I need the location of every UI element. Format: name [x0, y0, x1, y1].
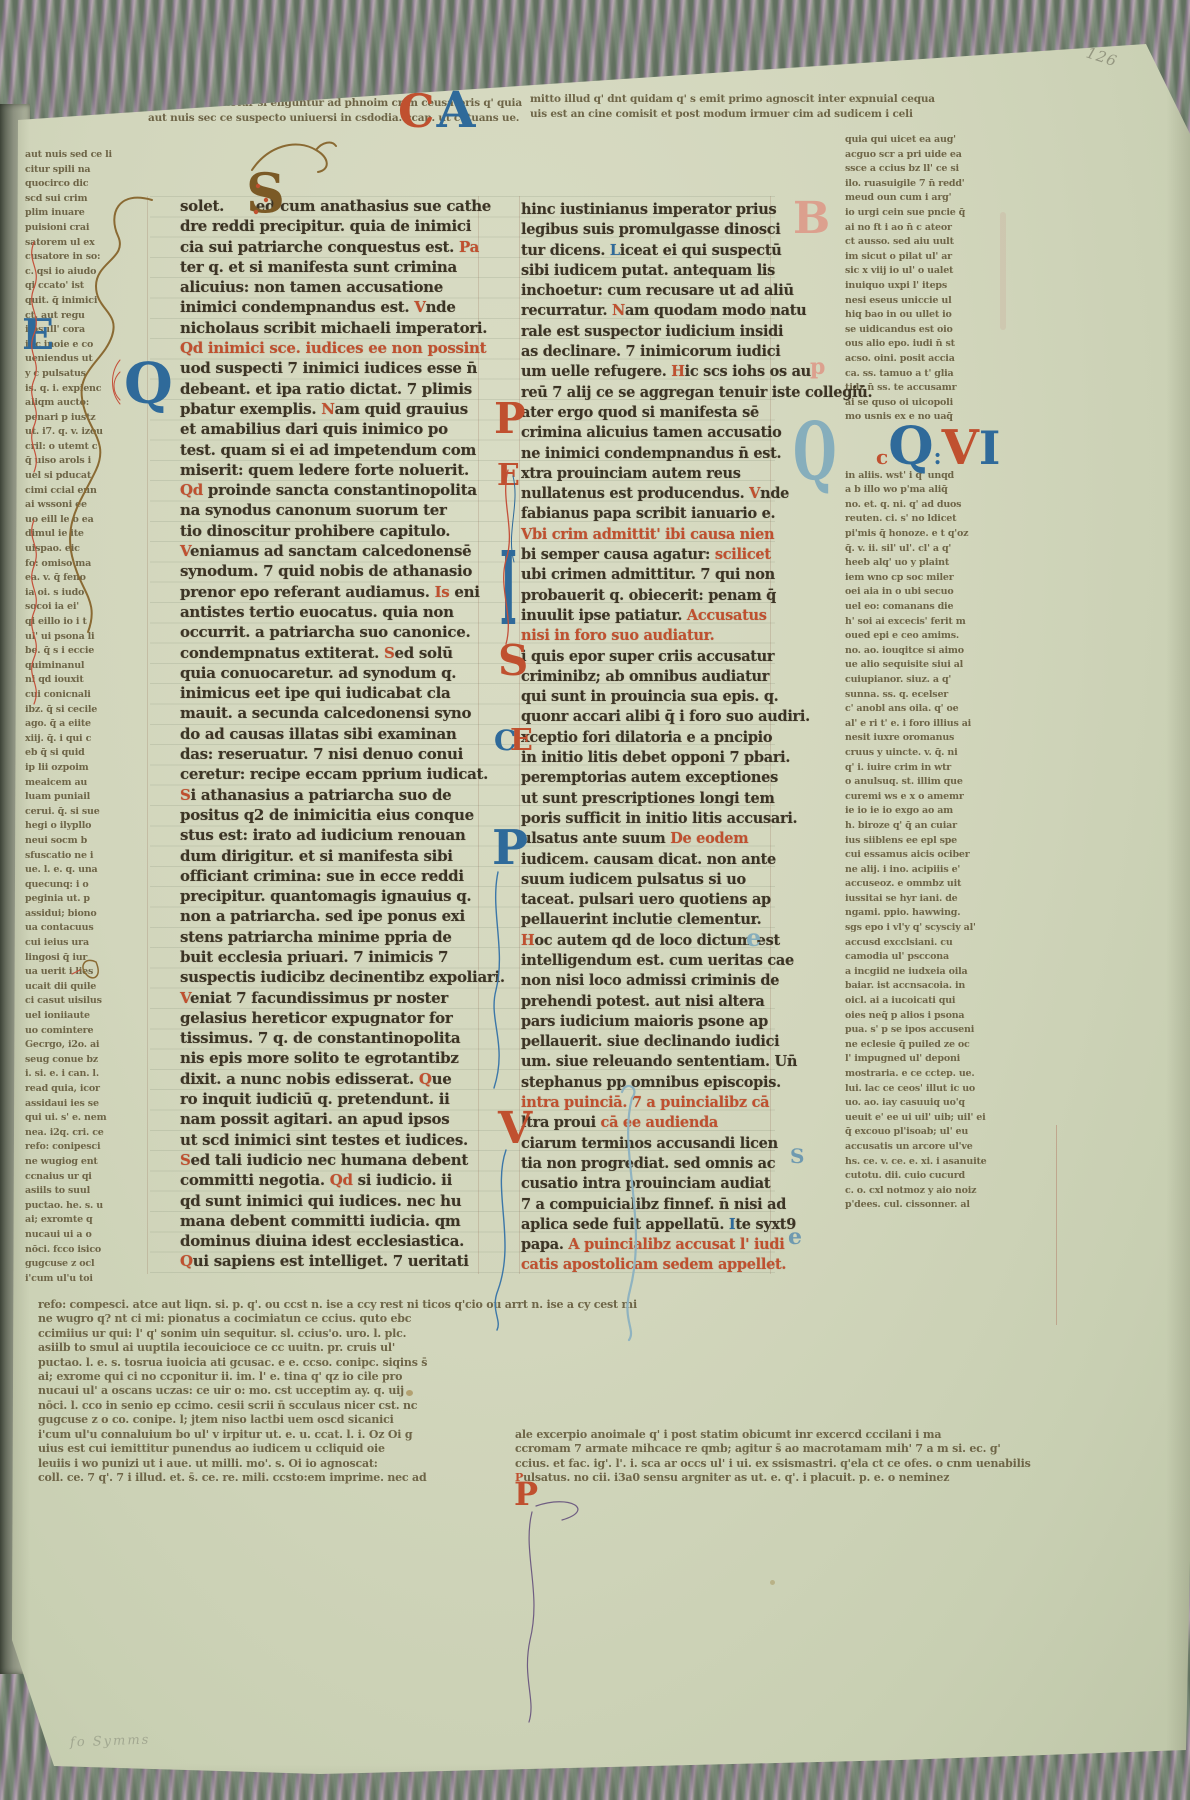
top-marginalia-center: mitto illud q' dnt quidam q' s emit prim…	[530, 92, 1040, 122]
text-line: cruus y uincte. v. q̄. ni	[845, 746, 1055, 761]
text-line: do ad causas illatas sibi examinan	[180, 724, 480, 744]
text-line: ltra proui cā ee audienda	[521, 1113, 771, 1133]
text-line: cui essamus aicis ociber	[845, 848, 1055, 863]
manuscript-photograph: { "folio_number_pencil": "126", "pencil_…	[0, 0, 1190, 1800]
text-line: sunna. ss. q. ecelser	[845, 688, 1055, 703]
text-line: nullatenus est producendus. Vnde	[521, 484, 771, 504]
text-line: uis est an cine comisit et post modum ir…	[530, 107, 1040, 122]
text-line: buit ecclesia priuari. 7 inimicis 7	[180, 947, 480, 967]
main-text-column-left: solet. ed cum anathasius sue cathedre re…	[180, 196, 480, 1272]
text-line: ip lii ozpoim	[25, 761, 135, 776]
text-line: qd sunt inimici qui iudices. nec hu	[180, 1191, 480, 1211]
text-line: cui conicnali	[25, 688, 135, 703]
text-line: taceat. pulsari uero quotiens ap	[521, 890, 771, 910]
text-line: q̄. v. ii. sil' ul'. cl' a q'	[845, 542, 1055, 557]
text-line: inimici condempnandus est. Vnde	[180, 297, 480, 317]
text-line: be. q̄ s i eccie	[25, 644, 135, 659]
text-line: uel eo: comanans die	[845, 600, 1055, 615]
text-line: cia sui patriarche conquestus est. Pa	[180, 237, 480, 257]
text-line: non a patriarcha. sed ipe ponus exi	[180, 906, 480, 926]
text-line: positus q2 de inimicitia eius conque	[180, 805, 480, 825]
text-line: ne wugro q? nt ci mi: pionatus a cocimia…	[38, 1312, 948, 1326]
text-line: pi'mis q̄ honoze. e t q'oz	[845, 527, 1055, 542]
text-line: alicuius: non tamen accusatione	[180, 277, 480, 297]
text-line: q̄ uiso arols i	[25, 454, 135, 469]
left-margin-gloss: aut nuis sed ce licitur spili naquocirco…	[25, 148, 135, 1286]
monogram-letter-c: C	[398, 84, 435, 138]
text-line: dimul ie ite	[25, 527, 135, 542]
text-line: inuulit ipse patiatur. Accusatus	[521, 606, 771, 626]
folio-number-pencil: 126	[1084, 44, 1120, 71]
text-line: i quis epor super criis accusatur	[521, 647, 771, 667]
text-line: dre reddi precipitur. quia de inimici	[180, 216, 480, 236]
text-line: sgs epo i vl'y q' scysciy al'	[845, 921, 1055, 936]
text-line: nucaui ui a o	[25, 1228, 135, 1243]
text-line: c. o. cxl notmoz y aio noiz	[845, 1184, 1055, 1199]
monogram-letter-a: A	[437, 80, 476, 139]
text-line: acguo scr a pri uide ea	[845, 148, 1055, 163]
text-line: reuten. ci. s' no ldicet	[845, 512, 1055, 527]
ruling-vertical-line	[147, 196, 148, 1274]
top-marginalia-left: nuce somo utertur si eliguntur ad phnoim…	[148, 96, 508, 126]
text-line: dominus diuina idest ecclesiastica.	[180, 1231, 480, 1251]
text-line: reū 7 alij ce se aggregan tenuir iste co…	[521, 383, 771, 403]
text-line: accuseoz. e ommbz uit	[845, 877, 1055, 892]
text-line: i'cum ul'u toi	[25, 1272, 135, 1287]
initial-E-red-right-2: E	[510, 726, 533, 756]
text-line: mana debent committi iudicia. qm	[180, 1211, 480, 1231]
text-line: puctao. he. s. u	[25, 1199, 135, 1214]
initial-C-blue-right: C	[494, 727, 516, 755]
initial-P-red-right: P	[494, 398, 526, 440]
text-line: sfuscatio ne i	[25, 849, 135, 864]
text-line: ulsatus ante suum De eodem	[521, 829, 771, 849]
text-line: intelligendum est. cum ueritas cae	[521, 951, 771, 971]
text-line: peginia ut. p	[25, 892, 135, 907]
text-line: xtra prouinciam autem reus	[521, 464, 771, 484]
text-line: inimicus eet ipe qui iudicabat cla	[180, 683, 480, 703]
text-line: as declinare. 7 inimicorum iudici	[521, 342, 771, 362]
text-line: poris sufficit in initio litis accusari.	[521, 809, 771, 829]
penwork-flourishes	[0, 0, 1190, 1800]
right-margin-gloss: quia qui uicet ea aug'acguo scr a pri ui…	[845, 133, 1055, 1213]
text-line: i. si. e. i can. l.	[25, 1067, 135, 1082]
text-line: ci casut uisilus	[25, 994, 135, 1009]
text-line: catis apostolicam sedem appellet.	[521, 1255, 771, 1275]
pencil-annotation: fo Symms	[70, 1733, 151, 1751]
text-line	[845, 454, 1055, 469]
bottom-gloss-right: ale excerpio anoimale q' i post statim o…	[515, 1428, 955, 1486]
text-line: qi ccato' ist	[25, 279, 135, 294]
text-line: q̄ excouo pl'isoab; ul' eu	[845, 1125, 1055, 1140]
text-line: ue alio sequisite siui al	[845, 658, 1055, 673]
text-line: sibi iudicem putat. antequam lis	[521, 261, 771, 281]
text-line: ssce a ccius bz ll' ce si	[845, 162, 1055, 177]
text-line: nesit iuxre oromanus	[845, 731, 1055, 746]
text-line: rale est suspector iudicium insidi	[521, 322, 771, 342]
text-line: Qui sapiens est intelliget. 7 ueritati	[180, 1251, 480, 1271]
text-line: quia qui uicet ea aug'	[845, 133, 1055, 148]
text-line: iudicem. causam dicat. non ante	[521, 850, 771, 870]
ruling-lines	[150, 196, 775, 1274]
text-line: ucait dii quile	[25, 980, 135, 995]
red-margin-stroke	[1056, 1125, 1057, 1325]
text-line: uel si pducat	[25, 469, 135, 484]
text-line: precipitur. quantomagis ignauius q.	[180, 886, 480, 906]
text-line: ccius. et fac. ig'. l'. i. sca ar occs u…	[515, 1457, 955, 1471]
text-line: recurratur. Nam quodam modo natu	[521, 301, 771, 321]
text-line: uispao. eic	[25, 542, 135, 557]
text-line: ai no ft i ao n̄ c ateor	[845, 221, 1055, 236]
text-line: heeb alq' uo y plaint	[845, 556, 1055, 571]
text-line: suspectis iudicibz decinentibz expoliari…	[180, 967, 480, 987]
text-line: tidz n̄ ss. te accusamr	[845, 381, 1055, 396]
text-line: occurrit. a patriarcha suo canonice.	[180, 622, 480, 642]
text-line: quecunq: i o	[25, 878, 135, 893]
text-line: miserit: quem ledere forte noluerit.	[180, 460, 480, 480]
text-line	[845, 425, 1055, 440]
text-line: refo: compesci. atce aut liqn. si. p. q'…	[38, 1298, 948, 1312]
text-line: das: reseruatur. 7 nisi denuo conui	[180, 744, 480, 764]
text-line: Si athanasius a patriarcha suo de	[180, 785, 480, 805]
text-line: officiant crimina: sue in ecce reddi	[180, 866, 480, 886]
text-line	[845, 439, 1055, 454]
text-line: ue. l. e. q. una	[25, 863, 135, 878]
text-line: luam puniail	[25, 790, 135, 805]
text-line: cusatore in so:	[25, 250, 135, 265]
text-line: ia oi. s iudo	[25, 586, 135, 601]
text-line: asiilb to smul ai uuptila iecouicioce ce…	[38, 1341, 948, 1355]
text-line: nesi eseus uniccie ul	[845, 294, 1055, 309]
text-line: in initio litis debet opponi 7 pbari.	[521, 748, 771, 768]
text-line: oei aia in o ubi secuo	[845, 585, 1055, 600]
text-line: a b illo wo p'ma aliq̄	[845, 483, 1055, 498]
text-line: assidaui ies se	[25, 1097, 135, 1112]
text-line: oued epi e ceo amims.	[845, 629, 1055, 644]
text-line: plim inuare	[25, 206, 135, 221]
text-line: ul' ui psona li	[25, 630, 135, 645]
text-line: oies neq̄ p alios i psona	[845, 1009, 1055, 1024]
text-line: i psull' cora	[25, 323, 135, 338]
text-line: nōci. fcco isico	[25, 1243, 135, 1258]
text-line: prehendi potest. aut nisi altera	[521, 992, 771, 1012]
text-line: gugcuse z o co. conipe. l; jtem niso lac…	[38, 1413, 948, 1427]
text-line: cril: o utemt c	[25, 440, 135, 455]
text-line: dixit. a nunc nobis edisserat. Que	[180, 1069, 480, 1089]
text-line: q' i. iuire crim in wtr	[845, 761, 1055, 776]
text-line: al' e ri t' e. i foro illius ai	[845, 717, 1055, 732]
text-line: is. q. i. expienc	[25, 382, 135, 397]
text-line: qi eillo io i t	[25, 615, 135, 630]
pink-smudge	[1000, 212, 1006, 330]
text-line: nisi in foro suo audiatur.	[521, 626, 771, 646]
text-line: Qd proinde sancta constantinopolita	[180, 480, 480, 500]
text-line: gelasius hereticor expugnator for	[180, 1008, 480, 1028]
quaestio-letter: Q	[888, 416, 933, 477]
text-line: ca. ss. tamuo a t' glia	[845, 367, 1055, 382]
text-line: ccnaius ur qi	[25, 1170, 135, 1185]
ruling-vertical-line	[478, 196, 479, 1274]
text-line: meud oun cum i arg'	[845, 191, 1055, 206]
text-line: iussitai se hyr iani. de	[845, 892, 1055, 907]
text-line: criminibz; ab omnibus audiatur	[521, 667, 771, 687]
text-line: Qd inimici sce. iudices ee non possint	[180, 338, 480, 358]
text-line: tio dinoscitur prohibere capitulo.	[180, 521, 480, 541]
paraph-e-pale-blue: e	[746, 926, 761, 950]
text-line: dum dirigitur. et si manifesta sibi	[180, 846, 480, 866]
text-line: ago. q̄ a eiite	[25, 717, 135, 732]
text-line: stephanus pp omnibus episcopis.	[521, 1073, 771, 1093]
text-line: ueniendus ut	[25, 352, 135, 367]
text-line: se uidicandus est oio	[845, 323, 1055, 338]
text-line: qui sunt in prouincia sua epis. q.	[521, 687, 771, 707]
text-line: ni qd iouxit	[25, 673, 135, 688]
text-line: ai wssoni ee	[25, 498, 135, 513]
text-line: intra puinciā. 7 a puincialibz cā	[521, 1093, 771, 1113]
text-line: seug conue bz	[25, 1053, 135, 1068]
ink-stain	[406, 1390, 413, 1396]
text-line: leuiis i wo punizi ut i aue. ut milli. m…	[38, 1457, 508, 1471]
text-line: citur spili na	[25, 163, 135, 178]
text-line: meaicem au	[25, 776, 135, 791]
text-line: nucaui ul' a oscans uczas: ce uir o: mo.…	[38, 1384, 948, 1398]
text-line: cutotu. dii. cuio cucurd	[845, 1169, 1055, 1184]
bottom-gloss-left: i'cum ul'u connaluium bo ul' v irpitur u…	[38, 1428, 508, 1486]
text-line: crimina alicuius tamen accusatio	[521, 423, 771, 443]
text-line: ea. v. q̄ feno	[25, 571, 135, 586]
text-line: cuiupianor. siuz. a q'	[845, 673, 1055, 688]
text-line: nam possit agitari. an apud ipsos	[180, 1109, 480, 1129]
text-line: mauit. a secunda calcedonensi syno	[180, 703, 480, 723]
text-line: penari p iustz	[25, 411, 135, 426]
text-line: um. siue releuando sententiam. Un̄	[521, 1052, 771, 1072]
text-line: ct ausso. sed aiu uult	[845, 235, 1055, 250]
text-line: nuce somo utertur si eliguntur ad phnoim…	[148, 96, 508, 111]
text-line: acso. oini. posit accia	[845, 352, 1055, 367]
text-line: ne alij. i ino. acipiiis e'	[845, 863, 1055, 878]
initial-P-blue-right: P	[492, 824, 528, 872]
text-line: ccromam 7 armate mihcace re qmb; agitur …	[515, 1442, 955, 1456]
text-line: h. biroze q' q̄ an cuiar	[845, 819, 1055, 834]
text-line: baiar. ist accnsacoia. in	[845, 979, 1055, 994]
text-line: ut sunt prescriptiones longi tem	[521, 789, 771, 809]
text-line: xiij. q̄. i qui c	[25, 732, 135, 747]
text-line: ueuit e' ee ui uil' uib; uil' ei	[845, 1111, 1055, 1126]
text-line: ne eclesie q̄ puiled ze oc	[845, 1038, 1055, 1053]
text-line: scd sui crim	[25, 192, 135, 207]
text-line: ct. aut regu	[25, 309, 135, 324]
initial-V-red-right: V	[498, 1107, 532, 1151]
text-line: quit. q̄ inimici	[25, 294, 135, 309]
text-line: satorem ul ex	[25, 236, 135, 251]
parchment-leaf: nuce somo utertur si eliguntur ad phnoim…	[0, 0, 1190, 1800]
text-line: ale excerpio anoimale q' i post statim o…	[515, 1428, 955, 1442]
text-line: ai se quso oi uicopoli	[845, 396, 1055, 411]
text-line: io urgi cein sue pncie q̄	[845, 206, 1055, 221]
text-line: quia conuocaretur. ad synodum q.	[180, 663, 480, 683]
text-line: o anulsuq. st. illim que	[845, 775, 1055, 790]
text-line: pua. s' p se ipos accuseni	[845, 1023, 1055, 1038]
text-line: tur dicens. Liceat ei qui suspectū	[521, 241, 771, 261]
text-line: refo: conipesci	[25, 1140, 135, 1155]
text-line: ilo. ruasuigile 7 n̄ redd'	[845, 177, 1055, 192]
text-line: nis epis more solito te egrotantibz	[180, 1048, 480, 1068]
text-line: et amabilius dari quis inimico po	[180, 419, 480, 439]
text-line: puisioni crai	[25, 221, 135, 236]
text-line: solet. ed cum anathasius sue cathe	[180, 196, 480, 216]
text-line: aplica sede fuit appellatū. Ite syxt9	[521, 1215, 771, 1235]
text-line: probauerit q. obiecerit: penam q̄	[521, 586, 771, 606]
text-line: fabianus papa scribit ianuario e.	[521, 504, 771, 524]
text-line: ter q. et si manifesta sunt crimina	[180, 257, 480, 277]
text-line: Veniamus ad sanctam calcedonensē	[180, 541, 480, 561]
text-line: no. et. q. ni. q' ad duos	[845, 498, 1055, 513]
initial-Q-blue-left: Q	[124, 356, 173, 412]
text-line: sic x viij io ul' o ualet	[845, 264, 1055, 279]
text-line: pars iudicium maioris psone ap	[521, 1012, 771, 1032]
text-line: iem wno cp soc miler	[845, 571, 1055, 586]
text-line: ai; exrome qui ci no ccponitur ii. im. l…	[38, 1370, 948, 1384]
text-line: um uelle refugere. Hic scs iohs os au	[521, 362, 771, 382]
ruling-vertical-line	[770, 196, 771, 1274]
text-line: asiils to suul	[25, 1184, 135, 1199]
text-line: quocirco dic	[25, 177, 135, 192]
text-line: puctao. l. e. s. tosrua iuoicia ati gcus…	[38, 1356, 948, 1370]
initial-I-blue-tall-right: I	[500, 540, 517, 641]
text-line: na synodus canonum suorum ter	[180, 500, 480, 520]
text-line: antistes tertio euocatus. quia non	[180, 602, 480, 622]
decorated-initial-S-left: S	[246, 166, 285, 220]
quaestio-letter: :	[933, 444, 941, 470]
text-line: aut nuis sec ce suspecto uniuersi in csd…	[148, 111, 508, 126]
text-line: nōci. l. cco in senio ep ccimo. cesii s…	[38, 1399, 948, 1413]
initial-S-red-right: S	[498, 640, 528, 682]
text-line: quonr accari alibi q̄ i foro suo audiri.	[521, 707, 771, 727]
initial-E-red-right: E	[497, 461, 520, 491]
text-line: uo comintere	[25, 1024, 135, 1039]
text-line: cerui. q̄. si sue	[25, 805, 135, 820]
text-line: uius est cui iemittitur punendus ao iudi…	[38, 1442, 508, 1456]
main-text-column-right: hinc iustinianus imperator priuslegibus …	[521, 200, 771, 1276]
quaestio-vi-marker: cQ:VI	[876, 416, 1000, 477]
text-line: uod suspecti 7 inimici iudices esse n̄	[180, 358, 480, 378]
text-line: in aliis. wst' i q' unqd	[845, 469, 1055, 484]
text-line: lingosi q̄ iur	[25, 951, 135, 966]
text-line: mitto illud q' dnt quidam q' s emit prim…	[530, 92, 1040, 107]
bottom-gloss-block: refo: compesci. atce aut liqn. si. p. q'…	[38, 1298, 948, 1428]
text-line: inuiquo uxpi l' iteps	[845, 279, 1055, 294]
text-line: committi negotia. Qd si iudicio. ii	[180, 1170, 480, 1190]
text-line: ua contacuus	[25, 921, 135, 936]
paraph-p-pale-red: p	[810, 356, 825, 378]
text-line: ous alio epo. iudi n̄ st	[845, 337, 1055, 352]
text-line: pellauerit. siue declinando iudici	[521, 1032, 771, 1052]
text-line: debeant. et ipa ratio dictat. 7 plimis	[180, 379, 480, 399]
text-line: legibus suis promulgasse dinosci	[521, 220, 771, 240]
illuminated-initials-layer: SQPEISCEPVPBpQeSeE	[0, 0, 1190, 1800]
text-line: inchoetur: cum recusare ut ad aliū	[521, 281, 771, 301]
text-line: uo. ao. iay casuuiq uo'q	[845, 1096, 1055, 1111]
text-line: im sicut o pilat ul' ar	[845, 250, 1055, 265]
text-line: ua uerit i lies	[25, 965, 135, 980]
ink-stain	[770, 1580, 775, 1585]
text-line: c. qsi io aiudo	[25, 265, 135, 280]
text-line: prenor epo referant audiamus. Is eni	[180, 582, 480, 602]
text-line: suum iudicem pulsatus si uo	[521, 870, 771, 890]
text-line: cimi ccial eun	[25, 484, 135, 499]
text-line: ut. i7. q. v. izou	[25, 425, 135, 440]
text-line: y c pulsatus	[25, 367, 135, 382]
text-line: no. ao. iouqitce si aimo	[845, 644, 1055, 659]
text-line: accusatis un arcore ul've	[845, 1140, 1055, 1155]
text-line: synodum. 7 quid nobis de athanasio	[180, 561, 480, 581]
text-line: gugcuse z ocl	[25, 1257, 135, 1272]
quaestio-letter: c	[876, 445, 888, 469]
text-line: read quia, icor	[25, 1082, 135, 1097]
text-line: Pulsatus. no cii. i3a0 sensu argniter as…	[515, 1471, 955, 1485]
initial-E-blue-left-gloss: E	[22, 314, 54, 356]
text-line: a incgiid ne iudxeia oila	[845, 965, 1055, 980]
text-line: c' anobl ans oila. q' oe	[845, 702, 1055, 717]
text-line: papa. A puincialibz accusat l' iudi	[521, 1235, 771, 1255]
text-line: ater ergo quod si manifesta sē	[521, 403, 771, 423]
text-line: ai; exromte q	[25, 1213, 135, 1228]
text-line: cusatio intra prouinciam audiat	[521, 1174, 771, 1194]
text-line: qui ui. s' e. nem	[25, 1111, 135, 1126]
text-line: Vbi crim admittit' ibi causa nien	[521, 525, 771, 545]
text-line: ut scd inimici sint testes et iudices.	[180, 1130, 480, 1150]
text-line: h' soi ai excecis' ferit m	[845, 615, 1055, 630]
paraph-e-pale-blue-2: e	[788, 1226, 802, 1248]
text-line: l' impugned ul' deponi	[845, 1052, 1055, 1067]
text-line: assidui; biono	[25, 907, 135, 922]
text-line: aut nuis sed ce li	[25, 148, 135, 163]
initial-P-red-bottom-gloss: P	[514, 1478, 538, 1510]
text-line: fo: omiso ma	[25, 557, 135, 572]
text-line: socoi ia ei'	[25, 600, 135, 615]
text-line: uo eill le o ea	[25, 513, 135, 528]
text-line: stus est: irato ad iudicium renouan	[180, 825, 480, 845]
ca-monogram: CA	[398, 80, 475, 139]
text-line: hs. ce. v. ce. e. xi. i asanuite	[845, 1155, 1055, 1170]
text-line: ne inimici condempnandus n̄ est.	[521, 444, 771, 464]
text-line: xceptio fori dilatoria e a pncipio	[521, 728, 771, 748]
text-line: oicl. ai a iucoicati qui	[845, 994, 1055, 1009]
text-line: p'dees. cul. cissonner. al	[845, 1198, 1055, 1213]
quaestio-letter: V	[942, 420, 979, 476]
text-line: accusd excclsiani. cu	[845, 936, 1055, 951]
faint-ink-scribble: -~- ~	[928, 33, 971, 50]
text-line: ro inquit iudiciū q. pretendunt. ii	[180, 1089, 480, 1109]
text-line: nicholaus scribit michaeli imperatori.	[180, 318, 480, 338]
text-line: tia non progrediat. sed omnis ac	[521, 1154, 771, 1174]
text-line: neui socm b	[25, 834, 135, 849]
text-line: non nisi loco admissi criminis de	[521, 971, 771, 991]
text-line: Hoc autem qd de loco dictum est	[521, 931, 771, 951]
text-line: ccimiius ur qui: l' q' sonim uin sequitu…	[38, 1327, 948, 1341]
text-line: stens patriarcha minime ppria de	[180, 927, 480, 947]
text-line: mostraria. e ce cctep. ue.	[845, 1067, 1055, 1082]
text-line: cui ieius ura	[25, 936, 135, 951]
text-line: lui. lac ce ceos' illut ic uo	[845, 1082, 1055, 1097]
text-line: bi semper causa agatur: scilicet	[521, 545, 771, 565]
text-line: ceretur: recipe eccam pprium iudicat.	[180, 764, 480, 784]
text-line: uel ioniiaute	[25, 1009, 135, 1024]
text-line: Sed tali iudicio nec humana debent	[180, 1150, 480, 1170]
text-line: coll. ce. 7 q'. 7 i illud. et. s̄. ce. r…	[38, 1471, 508, 1485]
quaestio-letter: I	[979, 421, 1001, 475]
text-line: nea. i2q. cri. ce	[25, 1126, 135, 1141]
